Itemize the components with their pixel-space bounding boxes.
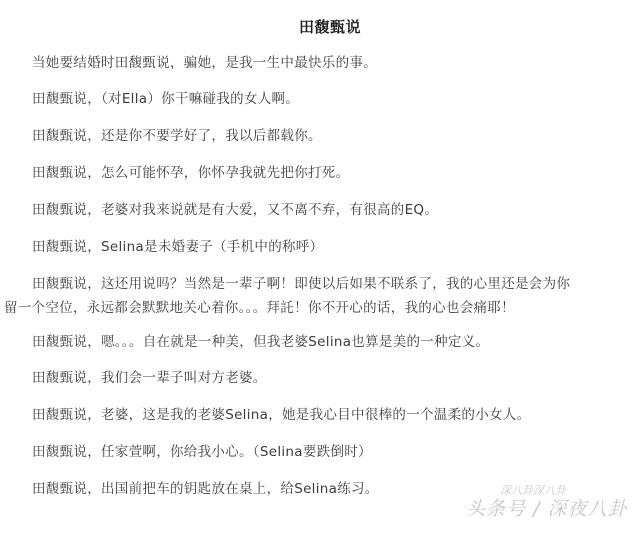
quote-line-1: 当她要结婚时田馥甄说，骗她，是我一生中最快乐的事。 xyxy=(32,54,377,72)
quote-line-7-continued: 留一个空位，永远都会默默地关心着你。。。拜託！你不开心的话，我的心也会痛耶！ xyxy=(4,299,515,317)
quote-line-8: 田馥甄说，嗯。。。自在就是一种美，但我老婆Selina也算是美的一种定义。 xyxy=(32,333,489,351)
quote-line-6: 田馥甄说，Selina是未婚妻子（手机中的称呼） xyxy=(32,238,323,256)
quote-line-5: 田馥甄说，老婆对我来说就是有大爱，又不离不弃，有很高的EQ。 xyxy=(32,201,438,219)
quote-line-10: 田馥甄说，老婆，这是我的老婆Selina，她是我心目中很棒的一个温柔的小女人。 xyxy=(32,406,530,424)
document-title: 田馥甄说 xyxy=(0,16,640,37)
quote-line-12: 田馥甄说，出国前把车的钥匙放在桌上，给Selina练习。 xyxy=(32,480,379,498)
quote-line-11: 田馥甄说，任家萱啊，你给我小心。（Selina要跌倒时） xyxy=(32,443,372,461)
quote-line-9: 田馥甄说，我们会一辈子叫对方老婆。 xyxy=(32,369,267,387)
watermark: 头条号 / 深夜八卦 xyxy=(466,494,627,521)
quote-line-2: 田馥甄说，（对Ella）你干嘛碰我的女人啊。 xyxy=(32,90,299,108)
quote-line-7: 田馥甄说，这还用说吗？当然是一辈子啊！即使以后如果不联系了，我的心里还是会为你 xyxy=(32,275,570,293)
quote-line-4: 田馥甄说，怎么可能怀孕，你怀孕我就先把你打死。 xyxy=(32,164,349,182)
quote-line-3: 田馥甄说，还是你不要学好了，我以后都载你。 xyxy=(32,127,322,145)
